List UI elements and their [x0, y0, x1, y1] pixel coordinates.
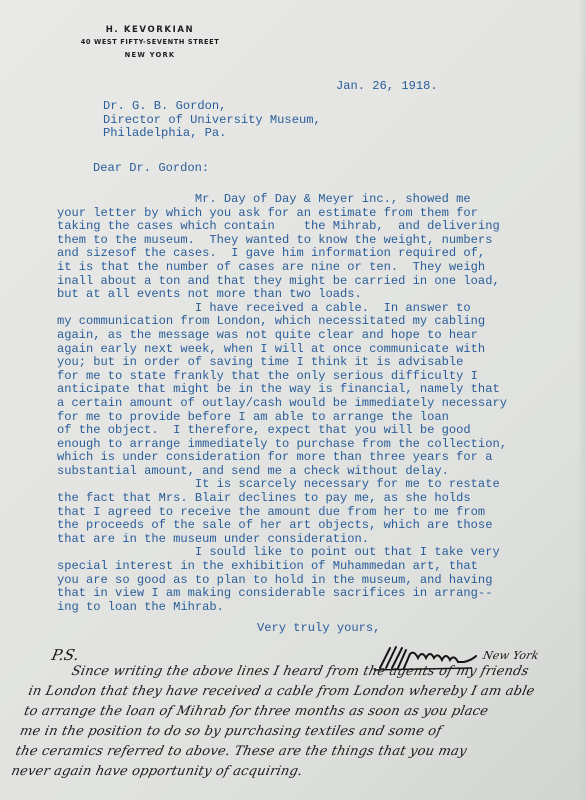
letterhead: H. KEVORKIAN 40 WEST FIFTY-SEVENTH STREE…: [0, 24, 300, 62]
body-line: that I agreed to receive the amount due …: [57, 506, 507, 520]
body-line: but at all events not more than two load…: [57, 288, 507, 302]
body-line: I have received a cable. In answer to: [57, 302, 507, 316]
body-line: you are so good as to plan to hold in th…: [57, 574, 507, 588]
body-line: for me to provide before I am able to ar…: [57, 411, 507, 425]
body-line: your letter by which you ask for an esti…: [57, 207, 507, 221]
body-line: it is that the number of cases are nine …: [57, 261, 507, 275]
salutation: Dear Dr. Gordon:: [93, 162, 209, 176]
body-line: again early next week, when I will at on…: [57, 343, 507, 357]
body-line: enough to arrange immediately to purchas…: [57, 438, 507, 452]
letter-page: H. KEVORKIAN 40 WEST FIFTY-SEVENTH STREE…: [0, 0, 586, 800]
body-line: anticipate that might be in the way is f…: [57, 383, 507, 397]
body-line: my communication from London, which nece…: [57, 315, 507, 329]
recipient-block: Dr. G. B. Gordon,Director of University …: [103, 100, 321, 141]
body-line: special interest in the exhibition of Mu…: [57, 560, 507, 574]
body-line: the fact that Mrs. Blair declines to pay…: [57, 492, 507, 506]
body-line: which is under consideration for more th…: [57, 451, 507, 465]
body-line: ing to loan the Mihrab.: [57, 601, 507, 615]
postscript-line: me in the position to do so by purchasin…: [18, 722, 528, 742]
letter-date: Jan. 26, 1918.: [336, 80, 438, 94]
recipient-title: Director of University Museum,: [103, 114, 321, 128]
body-line: them to the museum. They wanted to know …: [57, 234, 507, 248]
body-line: that are in the museum under considerati…: [57, 533, 507, 547]
postscript-line: in London that they have received a cabl…: [26, 682, 536, 702]
letterhead-name: H. KEVORKIAN: [0, 24, 300, 36]
body-line: again, as the message was not quite clea…: [57, 329, 507, 343]
postscript-text: Since writing the above lines I heard fr…: [9, 662, 540, 782]
letterhead-city: NEW YORK: [0, 49, 300, 62]
recipient-name: Dr. G. B. Gordon,: [103, 100, 321, 114]
body-line: inall about a ton and that they might be…: [57, 275, 507, 289]
body-line: substantial amount, and send me a check …: [57, 465, 507, 479]
body-line: the proceeds of the sale of her art obje…: [57, 519, 507, 533]
closing: Very truly yours,: [257, 622, 380, 636]
body-line: of the object. I therefore, expect that …: [57, 424, 507, 438]
body-line: and sizesof the cases. I gave him inform…: [57, 247, 507, 261]
postscript-line: Since writing the above lines I heard fr…: [31, 662, 541, 682]
body-line: taking the cases which contain the Mihra…: [57, 220, 507, 234]
letter-body: Mr. Day of Day & Meyer inc., showed meyo…: [57, 193, 507, 614]
body-line: that in view I am making considerable sa…: [57, 587, 507, 601]
postscript-line: to arrange the loan of Mihrab for three …: [22, 702, 532, 722]
body-line: you; but in order of saving time I think…: [57, 356, 507, 370]
postscript-line: the ceramics referred to above. These ar…: [13, 742, 523, 762]
recipient-location: Philadelphia, Pa.: [103, 127, 321, 141]
postscript-line: never again have opportunity of acquirin…: [9, 762, 519, 782]
body-line: Mr. Day of Day & Meyer inc., showed me: [57, 193, 507, 207]
body-line: It is scarcely necessary for me to resta…: [57, 478, 507, 492]
body-line: a certain amount of outlay/cash would be…: [57, 397, 507, 411]
body-line: I sould like to point out that I take ve…: [57, 546, 507, 560]
letterhead-address: 40 WEST FIFTY-SEVENTH STREET: [0, 36, 300, 49]
body-line: for me to state frankly that the only se…: [57, 370, 507, 384]
